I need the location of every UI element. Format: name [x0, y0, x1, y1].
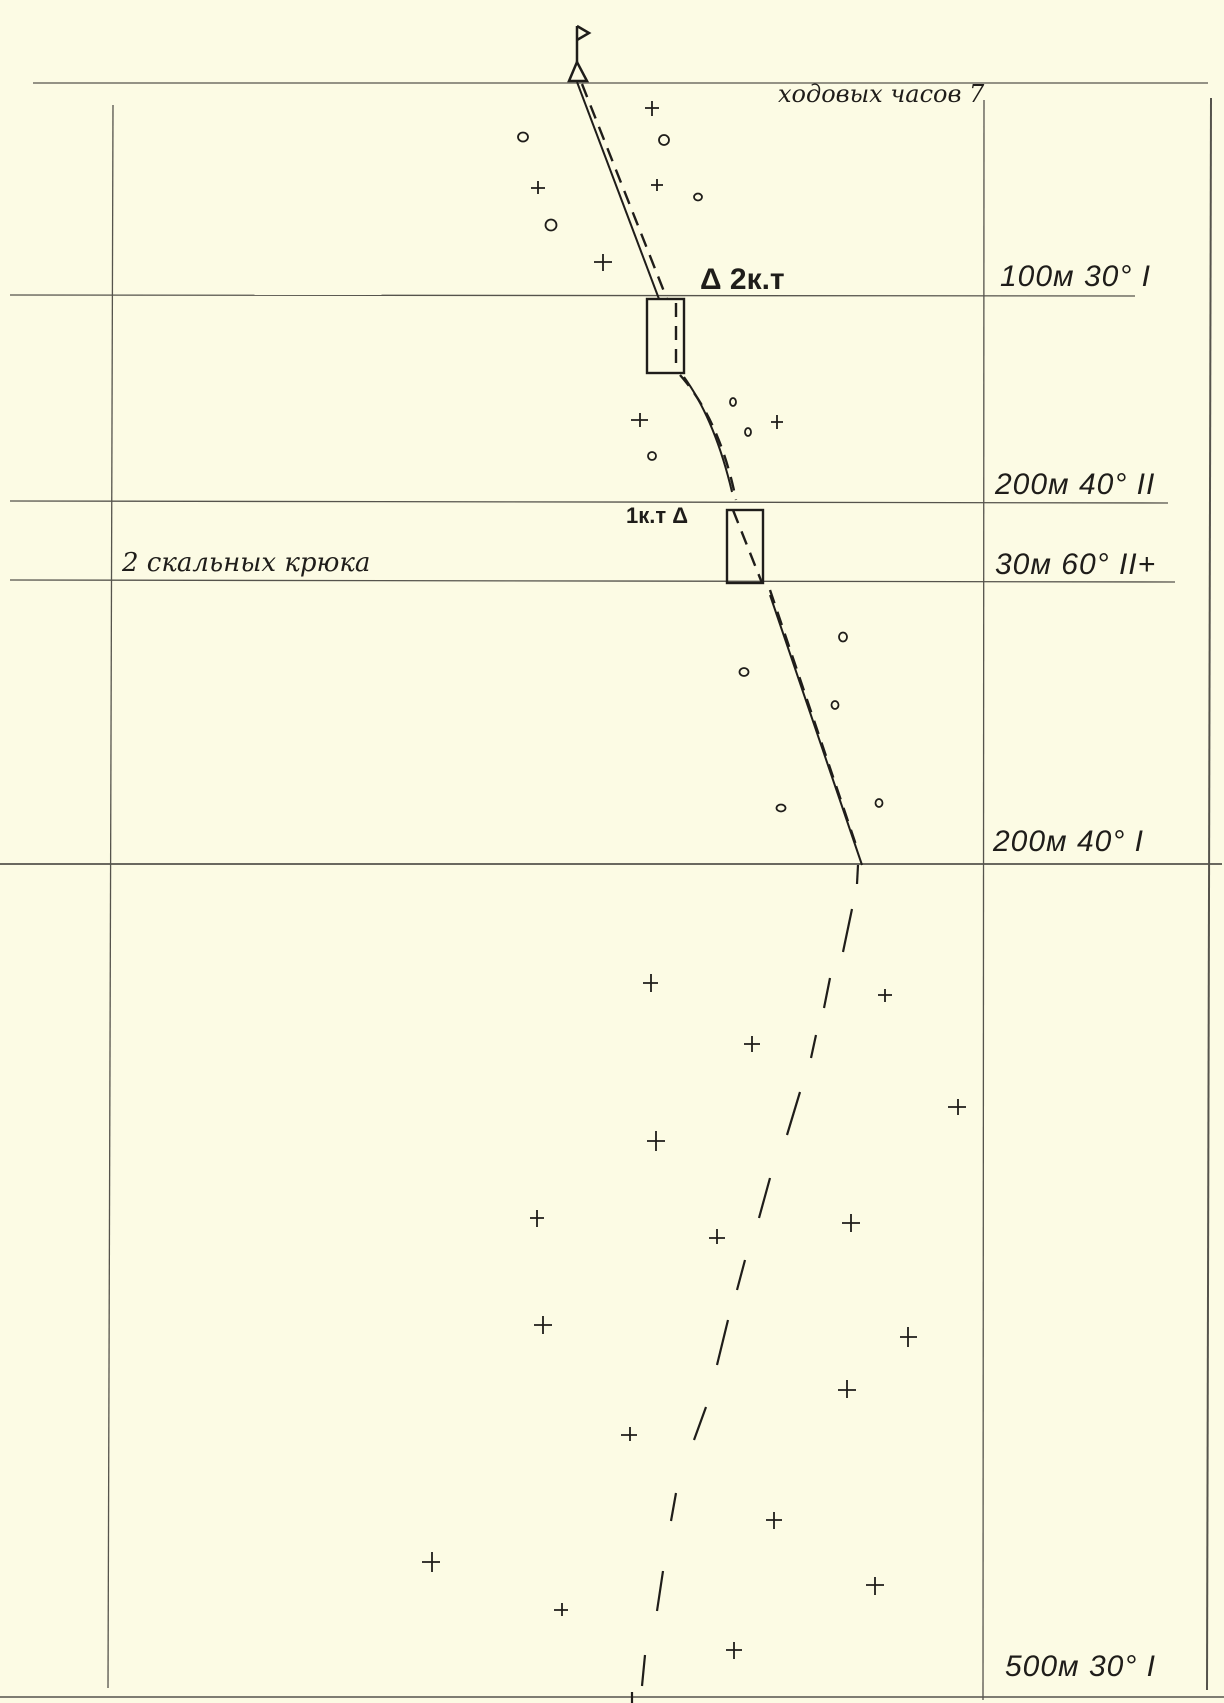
rock-step-box-2: [727, 510, 763, 583]
header-note: ходовых часов 7: [778, 80, 984, 108]
section-label-4: 200м 40° I: [993, 825, 1144, 859]
section-label-5: 500м 30° I: [1005, 1650, 1156, 1684]
section-label-1: 100м 30° I: [1000, 260, 1151, 294]
right-border: [1207, 98, 1211, 1690]
section-label-3: 30м 60° II+: [995, 548, 1156, 582]
belay-1-label: 1к.т Δ: [626, 503, 688, 529]
belay-2-label: Δ 2к.т: [700, 263, 785, 297]
route-solid-line: [577, 82, 862, 865]
left-border: [108, 105, 113, 1688]
section-line-1: [10, 295, 1135, 296]
summit-flag-icon: [569, 26, 589, 81]
grid-lines: [0, 83, 1224, 1700]
rock-step-box-1: [647, 299, 684, 373]
section-label-2: 200м 40° II: [995, 468, 1155, 502]
scree-symbols: [518, 133, 883, 812]
lower-path-dashes: [632, 865, 858, 1703]
grass-symbols: [422, 101, 966, 1659]
route-dashed-line: [582, 84, 856, 845]
label-column-divider: [983, 100, 984, 1700]
pitons-label: 2 скальных крюка: [122, 548, 370, 578]
